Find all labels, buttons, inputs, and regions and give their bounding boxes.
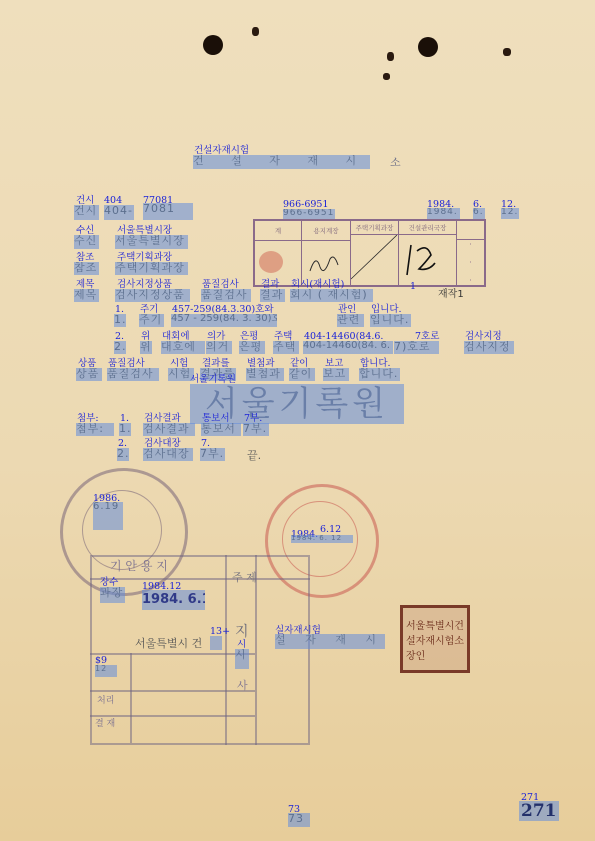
body-text: 주기	[139, 314, 164, 327]
date-day: 12.	[501, 208, 519, 219]
reference-label: 참조	[74, 262, 99, 275]
attachment-name: 검사결과	[143, 423, 195, 436]
doc-no-num1: 404-	[104, 205, 134, 220]
recipient-value: 서울특별시장	[115, 235, 188, 249]
body-text: 2.	[114, 341, 126, 354]
date-month: 6.	[473, 208, 485, 219]
end-mark: 끝.	[247, 450, 261, 461]
approval-col: 건설관리국장	[399, 221, 457, 285]
ink-speck	[503, 48, 511, 56]
form-line	[130, 653, 132, 743]
body-text: 보고	[323, 368, 349, 381]
phone-number: 966-6951	[283, 209, 335, 219]
body-text: 404-14460(84. 6.	[303, 341, 393, 354]
recipient-label: 수신	[74, 235, 99, 249]
form-line	[90, 690, 255, 692]
body-text: 위	[140, 341, 152, 354]
issuer-name: 설 자 재 시 험	[275, 634, 385, 649]
attachment-extra: 통보서	[201, 423, 241, 436]
form-line	[225, 555, 227, 745]
attachment-count: 7부.	[200, 448, 225, 461]
form-num	[210, 636, 222, 650]
body-text: 의거	[206, 341, 232, 354]
form-line	[90, 578, 310, 580]
org-name-suffix: 소	[390, 157, 401, 168]
approval-header: 계	[255, 221, 301, 241]
form-date: 1984. 6.12	[142, 590, 205, 610]
body-text: 457 - 259(84. 3. 30)호와	[171, 314, 277, 327]
punch-hole-right	[418, 37, 438, 57]
scanned-document-page: 건설자재시험 건 설 자 재 시 험 소 건시 건시 404 404- 7708…	[0, 0, 595, 841]
body-text: 대호에	[161, 341, 205, 354]
body-text: 주택	[273, 341, 299, 354]
approval-header: 용지계장	[302, 221, 350, 241]
body-text: 7)호로	[394, 341, 439, 354]
form-si: 시	[235, 649, 249, 669]
red-stamp-date: 1984. 6. 12	[291, 535, 353, 543]
strikethrough-line	[351, 235, 397, 281]
form-line	[90, 715, 255, 717]
form-chief: 과장	[100, 587, 125, 603]
body-text: 관련	[337, 314, 364, 327]
handwritten-note: 재작1	[438, 290, 464, 300]
body-text: 1.	[114, 314, 126, 327]
page-number: 73	[288, 813, 310, 827]
attachments-label: 첨부:	[76, 423, 114, 436]
approval-header	[457, 221, 484, 240]
body-text: 같이	[289, 368, 315, 381]
body-text: 검사지정	[464, 341, 514, 354]
approval-col: 주택기획과장	[351, 221, 399, 285]
ink-speck	[387, 52, 394, 61]
subject-label: 제목	[74, 289, 99, 302]
date-year: 1984.	[427, 208, 460, 219]
subject-part: 회시 ( 재시험)	[290, 289, 373, 302]
approval-stamp-table: 계 용지계장 주택기획과장 건설관리국장 ···	[253, 219, 486, 287]
subject-part: 품질검사	[201, 289, 251, 302]
ink-speck	[252, 27, 259, 36]
attachment-count: 7부.	[243, 423, 269, 436]
sign-note-label: 1	[410, 282, 416, 292]
signature-icon	[302, 241, 342, 281]
form-small: 12	[95, 665, 117, 677]
form-dept-text: 서울특별시 건	[135, 638, 202, 649]
subject-part: 결과	[260, 289, 285, 302]
form-side-label: 지	[235, 625, 249, 639]
org-name: 건 설 자 재 시 험	[193, 155, 370, 169]
body-text: 상품	[76, 368, 102, 381]
form-title: 기 안 용 지	[110, 560, 168, 572]
red-stamp-day-label: 6.12	[320, 525, 341, 535]
approval-col: 계	[255, 221, 302, 285]
form-row-label: 처리	[97, 697, 114, 706]
body-text: 합니다.	[359, 368, 400, 381]
doc-no-num2: 7081	[143, 203, 193, 220]
subject-part: 검사지정상품	[115, 289, 190, 302]
attachment-num: 1.	[119, 423, 131, 436]
approval-header: 주택기획과장	[351, 221, 398, 235]
form-side-label: 사	[237, 680, 248, 691]
received-date-mark: 6.19	[93, 502, 123, 530]
form-line	[90, 653, 255, 655]
signature-icon	[399, 235, 449, 281]
attachment-name: 검사대장	[143, 448, 193, 461]
personal-seal-icon	[259, 251, 283, 273]
punch-hole-left	[203, 35, 223, 55]
attachment-num: 2.	[117, 448, 129, 461]
archive-number: 271	[519, 801, 559, 821]
approval-header: 건설관리국장	[399, 221, 456, 235]
form-side-label: 주 제	[232, 572, 257, 583]
body-text: 입니다.	[370, 314, 411, 327]
reference-value: 주택기획과장	[115, 262, 188, 275]
body-text: 별첨과	[246, 368, 284, 381]
form-row-label: 결 재	[95, 720, 115, 729]
doc-no-prefix: 건시	[74, 205, 99, 220]
body-text: 은평	[239, 341, 265, 354]
body-text: 품질검사	[107, 368, 159, 381]
ink-speck	[383, 73, 390, 80]
approval-col: 용지계장	[302, 221, 351, 285]
official-square-seal: 서울특별시건설자재시험소장인	[400, 605, 470, 673]
approval-col: ···	[457, 221, 484, 285]
draft-form-box	[90, 555, 310, 745]
